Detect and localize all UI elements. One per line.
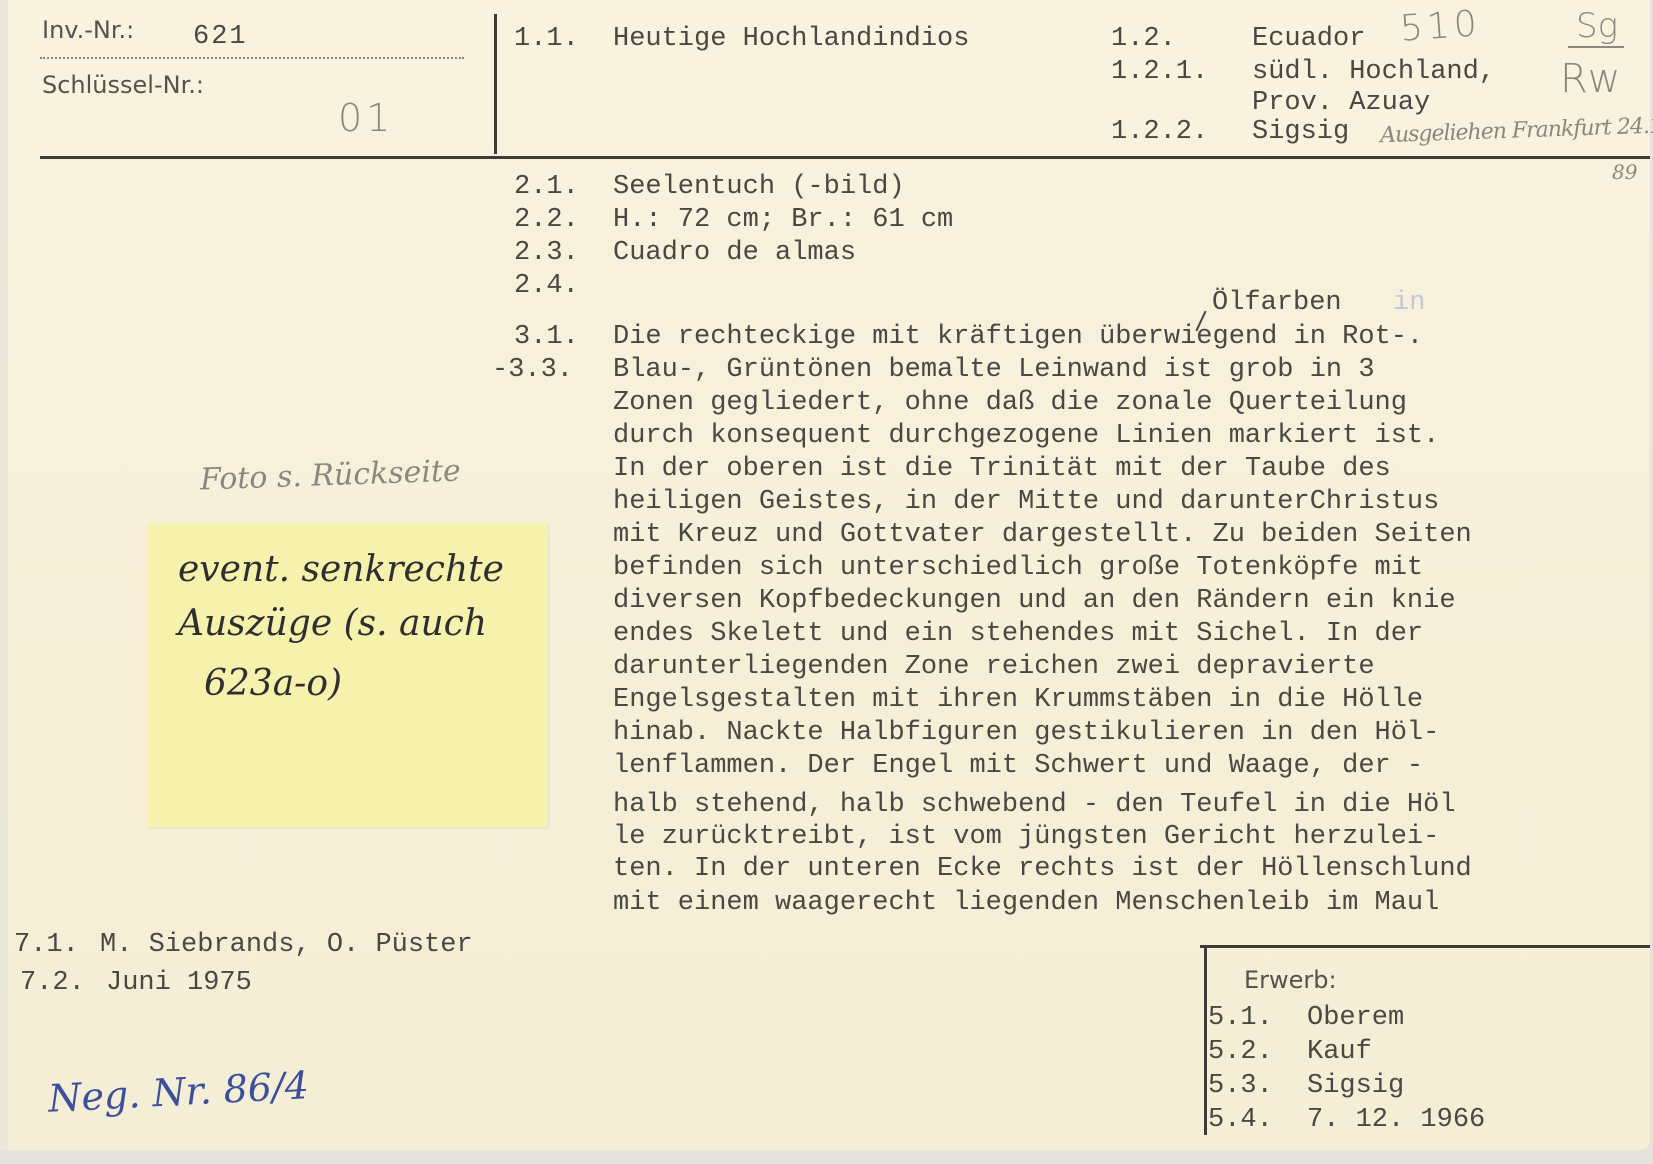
acquisition-text: Oberem (1307, 1003, 1404, 1033)
object-num: 2.1. (514, 172, 579, 202)
dotted-divider (40, 57, 464, 59)
card-edge (0, 0, 8, 1150)
region-num: 1.2. (1111, 24, 1176, 54)
acquisition-text: 7. 12. 1966 (1307, 1105, 1485, 1135)
acquisition-left-rule (1204, 945, 1207, 1135)
acquisition-text: Sigsig (1307, 1071, 1404, 1101)
acquisition-num: 5.1. (1208, 1003, 1273, 1033)
group-text: Heutige Hochlandindios (613, 24, 969, 54)
fraction-top-annotation: Sg (1576, 6, 1618, 46)
description-line: Die rechteckige mit kräftigen überwiegen… (613, 322, 1423, 352)
description-line: lenflammen. Der Engel mit Schwert und Wa… (613, 751, 1423, 781)
region-text: Ecuador (1252, 24, 1365, 54)
inv-label: Inv.-Nr.: (42, 16, 134, 44)
description-line: le zurücktreibt, ist vom jüngsten Gerich… (613, 822, 1439, 852)
description-num-end: -3.3. (492, 355, 573, 385)
description-line: mit Kreuz und Gottvater dargestellt. Zu … (613, 520, 1472, 550)
acquisition-num: 5.2. (1208, 1037, 1273, 1067)
description-line: endes Skelett und ein stehendes mit Sich… (613, 619, 1423, 649)
inv-value: 621 (193, 22, 248, 52)
region-text: Prov. Azuay (1252, 88, 1430, 118)
description-line: befinden sich unterschiedlich große Tote… (613, 553, 1423, 583)
region-text: südl. Hochland, (1252, 57, 1495, 87)
object-text: Cuadro de almas (613, 238, 856, 268)
header-vertical-divider (494, 14, 497, 154)
description-line: mit einem waagerecht liegenden Menschenl… (613, 888, 1439, 918)
object-num: 2.2. (514, 205, 579, 235)
author-text: M. Siebrands, O. Püster (100, 930, 473, 960)
object-text: H.: 72 cm; Br.: 61 cm (613, 205, 953, 235)
description-line: Engelsgestalten mit ihren Krummstäben in… (613, 685, 1423, 715)
description-line: darunterliegenden Zone reichen zwei depr… (613, 652, 1375, 682)
negative-number-note: Neg. Nr. 86/4 (47, 1063, 310, 1121)
region-num: 1.2.1. (1111, 57, 1208, 87)
header-rule (40, 156, 1650, 159)
photo-note: Foto s. Rückseite (199, 453, 461, 497)
description-line: diversen Kopfbedeckungen und an den Ränd… (613, 586, 1456, 616)
author-text: Juni 1975 (106, 968, 252, 998)
author-num: 7.2. (20, 968, 85, 998)
sticky-note-line: event. senkrechte (178, 549, 504, 590)
description-num-start: 3.1. (514, 322, 579, 352)
description-line: Blau-, Grüntönen bemalte Leinwand ist gr… (613, 355, 1375, 385)
acquisition-text: Kauf (1307, 1037, 1372, 1067)
description-insert: Ölfarben (1212, 288, 1342, 318)
key-value-handwritten: 01 (338, 96, 394, 140)
acquisition-top-rule (1200, 945, 1650, 948)
acquisition-num: 5.3. (1208, 1071, 1273, 1101)
loan-year-annotation: 89 (1612, 160, 1637, 184)
description-line: heiligen Geistes, in der Mitte und darun… (613, 487, 1439, 517)
acquisition-label: Erwerb: (1244, 966, 1337, 994)
description-insert-faded: in (1393, 288, 1425, 318)
description-line: durch konsequent durchgezogene Linien ma… (613, 421, 1439, 451)
object-num: 2.3. (514, 238, 579, 268)
object-num: 2.4. (514, 271, 579, 301)
key-label: Schlüssel-Nr.: (42, 71, 204, 99)
sticky-note-line: 623a-o) (204, 663, 342, 704)
description-line: Zonen gegliedert, ohne daß die zonale Qu… (613, 388, 1407, 418)
description-line: halb stehend, halb schwebend - den Teufe… (613, 790, 1456, 820)
sticky-note: event. senkrechte Auszüge (s. auch 623a-… (148, 523, 548, 827)
author-num: 7.1. (14, 930, 79, 960)
description-line: hinab. Nackte Halbfiguren gestikulieren … (613, 718, 1439, 748)
loan-note-annotation: Ausgeliehen Frankfurt 24.10. (1380, 113, 1653, 148)
region-num: 1.2.2. (1111, 117, 1208, 147)
description-line: ten. In der unteren Ecke rechts ist der … (613, 854, 1472, 884)
fraction-bottom-annotation: Rw (1560, 56, 1621, 102)
catalog-card: Inv.-Nr.: 621 Schlüssel-Nr.: 01 1.1. Heu… (0, 0, 1650, 1150)
acquisition-num: 5.4. (1208, 1105, 1273, 1135)
object-text: Seelentuch (-bild) (613, 172, 905, 202)
group-number: 1.1. (514, 24, 579, 54)
fraction-bar (1568, 46, 1624, 48)
sticky-note-line: Auszüge (s. auch (178, 603, 487, 644)
ecuador-code-annotation: 510 (1399, 3, 1482, 50)
description-text: Die rechteckige mit kräftigen überwiegen… (613, 322, 1653, 922)
description-line: In der oberen ist die Trinität mit der T… (613, 454, 1391, 484)
region-text: Sigsig (1252, 117, 1349, 147)
